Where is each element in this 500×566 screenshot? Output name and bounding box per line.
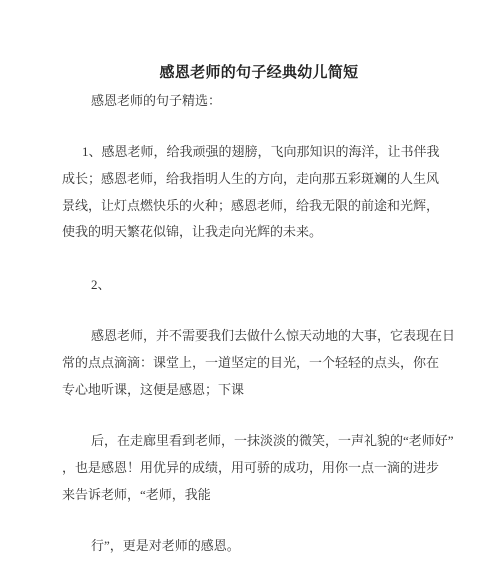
text-line-p1-1: 1、感恩老师，给我顽强的翅膀，飞向那知识的海洋，让书伴我: [82, 144, 500, 162]
text-line-p1-2: 成长；感恩老师，给我指明人生的方向，走向那五彩斑斓的人生风: [62, 171, 492, 189]
document-title: 感恩老师的句子经典幼儿简短: [0, 61, 500, 82]
text-line-closing: 行”，更是对老师的感恩。: [91, 538, 500, 556]
text-line-item2-marker: 2、: [91, 277, 500, 295]
text-line-p1-4: 使我的明天繁花似锦，让我走向光辉的未来。: [62, 224, 492, 242]
text-line-intro: 感恩老师的句子精选：: [91, 93, 500, 111]
text-line-p4-3: 来告诉老师，“老师，我能: [62, 487, 492, 505]
document-page: 感恩老师的句子经典幼儿简短 感恩老师的句子精选： 1、感恩老师，给我顽强的翅膀，…: [0, 0, 500, 566]
text-line-p4-1: 后，在走廊里看到老师，一抹淡淡的微笑，一声礼貌的“老师好”: [91, 433, 500, 451]
text-line-p4-2: ，也是感恩！用优异的成绩，用可骄的成功，用你一点一滴的进步: [62, 460, 492, 478]
text-line-p1-3: 景线，让灯点燃快乐的火种；感恩老师，给我无限的前途和光辉，: [62, 198, 492, 216]
text-line-p3-1: 感恩老师，并不需要我们去做什么惊天动地的大事，它表现在日: [91, 328, 500, 346]
text-line-p3-2: 常的点点滴滴：课堂上，一道坚定的目光，一个轻轻的点头，你在: [62, 355, 492, 373]
text-line-p3-3: 专心地听课，这便是感恩；下课: [62, 382, 492, 400]
